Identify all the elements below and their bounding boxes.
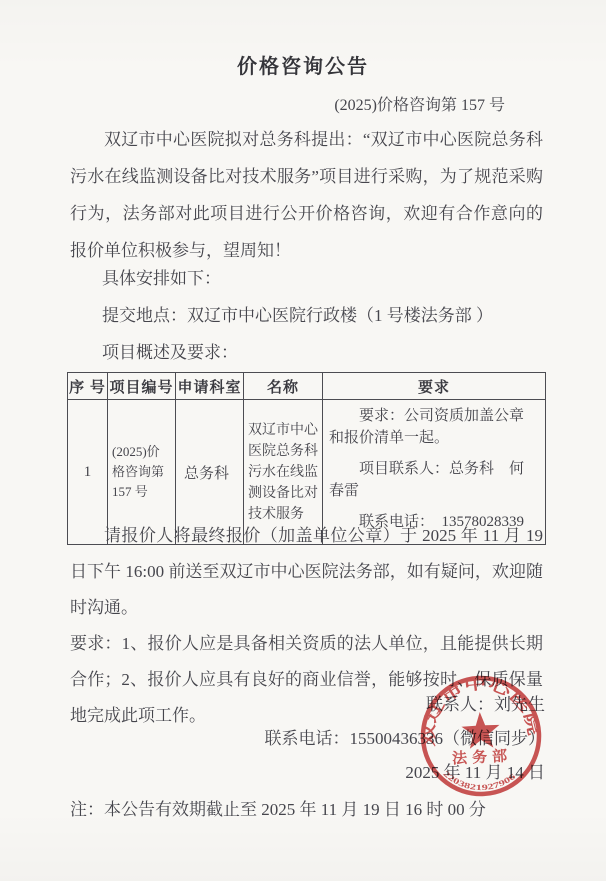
seal-dept-text: 法务部 bbox=[452, 746, 513, 767]
header-name: 名称 bbox=[244, 373, 323, 400]
deadline-paragraph: 请报价人将最终报价（加盖单位公章）于 2025 年 11 月 19 日下午 16… bbox=[70, 518, 543, 626]
header-seq: 序 号 bbox=[68, 373, 108, 400]
arrangement-heading: 具体安排如下： bbox=[70, 264, 575, 289]
seal-star-icon bbox=[461, 711, 501, 749]
table-header-row: 序 号 项目编号 申请科室 名称 要求 bbox=[68, 373, 546, 400]
submit-location-line: 提交地点：双辽市中心医院行政楼（1 号楼法务部 ） bbox=[70, 301, 575, 326]
header-requirement: 要求 bbox=[323, 373, 546, 400]
intro-paragraph: 双辽市中心医院拟对总务科提出：“双辽市中心医院总务科污水在线监测设备比对技术服务… bbox=[70, 121, 543, 269]
header-department: 申请科室 bbox=[176, 373, 244, 400]
header-project-no: 项目编号 bbox=[108, 373, 176, 400]
document-number: (2025)价格咨询第 157 号 bbox=[334, 92, 505, 115]
requirement-contact-line: 项目联系人：总务科 何春雷 bbox=[329, 458, 537, 502]
document-title: 价格咨询公告 bbox=[0, 50, 606, 79]
document-page: 价格咨询公告 (2025)价格咨询第 157 号 双辽市中心医院拟对总务科提出：… bbox=[0, 0, 606, 881]
requirement-line: 要求：公司资质加盖公章和报价清单一起。 bbox=[329, 405, 537, 449]
official-seal: 双辽市中心医院 法务部 2203821927906 bbox=[397, 652, 565, 820]
overview-heading: 项目概述及要求： bbox=[70, 338, 575, 363]
